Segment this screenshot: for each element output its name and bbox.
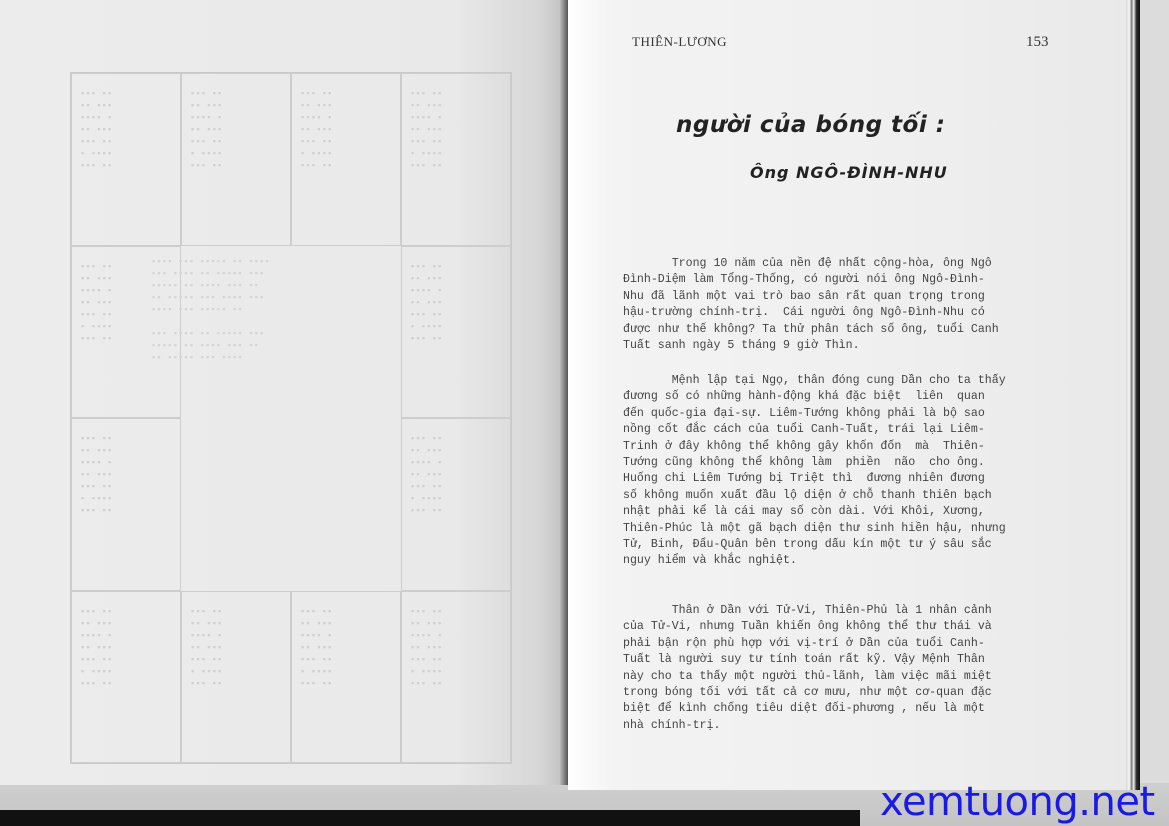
text-line: nguy hiểm và khắc nghiệt. xyxy=(623,553,1055,569)
text-line: hậu-trường chính-trị. Cái người ông Ngô-… xyxy=(623,305,1055,321)
text-line: đương số có những hành-động khá đặc biệt… xyxy=(623,389,1055,405)
chart-cell: ▪▪▪ ▪▪ ▪▪ ▪▪▪ ▪▪▪▪ ▪ ▪▪ ▪▪▪ ▪▪▪ ▪▪ ▪ ▪▪▪… xyxy=(71,73,181,246)
faint-chart-text: ▪▪▪ ▪▪ ▪▪ ▪▪▪ ▪▪▪▪ ▪ ▪▪ ▪▪▪ ▪▪▪ ▪▪ ▪ ▪▪▪… xyxy=(190,88,284,237)
page-number: 153 xyxy=(1026,34,1049,51)
watermark: xemtuong.net xyxy=(880,778,1155,826)
faint-chart-text: ▪▪▪ ▪▪ ▪▪ ▪▪▪ ▪▪▪▪ ▪ ▪▪ ▪▪▪ ▪▪▪ ▪▪ ▪ ▪▪▪… xyxy=(300,606,394,755)
text-line: phải bận rộn phù hợp với vị-trí ở Dần củ… xyxy=(623,636,1055,652)
chapter-title: người của bóng tối : xyxy=(676,112,945,138)
text-line: Trinh ở đây không thể không gây khốn đốn… xyxy=(623,439,1055,455)
chart-cell: ▪▪▪ ▪▪ ▪▪ ▪▪▪ ▪▪▪▪ ▪ ▪▪ ▪▪▪ ▪▪▪ ▪▪ ▪ ▪▪▪… xyxy=(181,591,291,764)
faint-chart-text: ▪▪▪ ▪▪ ▪▪ ▪▪▪ ▪▪▪▪ ▪ ▪▪ ▪▪▪ ▪▪▪ ▪▪ ▪ ▪▪▪… xyxy=(80,88,174,237)
text-line: được như thế không? Ta thử phân tách số … xyxy=(623,322,1055,338)
faint-chart-text: ▪▪▪ ▪▪ ▪▪ ▪▪▪ ▪▪▪▪ ▪ ▪▪ ▪▪▪ ▪▪▪ ▪▪ ▪ ▪▪▪… xyxy=(410,606,504,755)
text-line: nhà chính-trị. xyxy=(623,718,1055,734)
text-line: Đình-Diệm làm Tổng-Thống, có người nói ô… xyxy=(623,272,1055,288)
paragraph-2: Mệnh lập tại Ngọ, thân đóng cung Dần cho… xyxy=(623,373,1055,570)
text-line: Huống chi Liêm Tướng bị Triệt thì đương … xyxy=(623,471,1055,487)
faint-center-text: ▪▪▪▪ ▪▪▪ ▪▪▪▪▪ ▪▪ ▪▪▪▪ ▪▪▪ ▪▪▪▪ ▪▪ ▪▪▪▪▪… xyxy=(151,256,431,581)
paragraph-3: Thân ở Dần với Tử-Vi, Thiên-Phủ là 1 nhâ… xyxy=(623,603,1055,734)
text-line: biệt để kình chống tiêu diệt đối-phương … xyxy=(623,701,1055,717)
text-line: Thân ở Dần với Tử-Vi, Thiên-Phủ là 1 nhâ… xyxy=(623,603,1055,619)
chart-cell: ▪▪▪ ▪▪ ▪▪ ▪▪▪ ▪▪▪▪ ▪ ▪▪ ▪▪▪ ▪▪▪ ▪▪ ▪ ▪▪▪… xyxy=(71,591,181,764)
text-line: Mệnh lập tại Ngọ, thân đóng cung Dần cho… xyxy=(623,373,1055,389)
faint-chart-text: ▪▪▪ ▪▪ ▪▪ ▪▪▪ ▪▪▪▪ ▪ ▪▪ ▪▪▪ ▪▪▪ ▪▪ ▪ ▪▪▪… xyxy=(80,606,174,755)
text-line: Tuất sanh ngày 5 tháng 9 giờ Thìn. xyxy=(623,338,1055,354)
text-line: nồng cốt đắc cách của tuổi Canh-Tuất, tr… xyxy=(623,422,1055,438)
horoscope-chart-bleed-through: ▪▪▪ ▪▪ ▪▪ ▪▪▪ ▪▪▪▪ ▪ ▪▪ ▪▪▪ ▪▪▪ ▪▪ ▪ ▪▪▪… xyxy=(70,72,512,764)
text-line: Trong 10 năm của nền đệ nhất cộng-hòa, ô… xyxy=(623,256,1055,272)
chart-cell: ▪▪▪ ▪▪ ▪▪ ▪▪▪ ▪▪▪▪ ▪ ▪▪ ▪▪▪ ▪▪▪ ▪▪ ▪ ▪▪▪… xyxy=(291,591,401,764)
chart-cell: ▪▪▪ ▪▪ ▪▪ ▪▪▪ ▪▪▪▪ ▪ ▪▪ ▪▪▪ ▪▪▪ ▪▪ ▪ ▪▪▪… xyxy=(291,73,401,246)
chapter-subtitle: Ông NGÔ-ĐÌNH-NHU xyxy=(750,163,948,182)
faint-chart-text: ▪▪▪ ▪▪ ▪▪ ▪▪▪ ▪▪▪▪ ▪ ▪▪ ▪▪▪ ▪▪▪ ▪▪ ▪ ▪▪▪… xyxy=(410,88,504,237)
left-page: ▪▪▪ ▪▪ ▪▪ ▪▪▪ ▪▪▪▪ ▪ ▪▪ ▪▪▪ ▪▪▪ ▪▪ ▪ ▪▪▪… xyxy=(0,0,568,785)
text-line: Tử, Binh, Đẩu-Quân bên trong dấu kín một… xyxy=(623,537,1055,553)
text-line: nhật phải kể là cái may số còn dài. Với … xyxy=(623,504,1055,520)
running-head: THIÊN-LƯƠNG xyxy=(632,34,727,50)
text-line: đến quốc-gia đại-sự. Liêm-Tướng không ph… xyxy=(623,406,1055,422)
text-line: số không muốn xuất đầu lộ diện ở chỗ tha… xyxy=(623,488,1055,504)
faint-chart-text: ▪▪▪ ▪▪ ▪▪ ▪▪▪ ▪▪▪▪ ▪ ▪▪ ▪▪▪ ▪▪▪ ▪▪ ▪ ▪▪▪… xyxy=(190,606,284,755)
chart-cell: ▪▪▪ ▪▪ ▪▪ ▪▪▪ ▪▪▪▪ ▪ ▪▪ ▪▪▪ ▪▪▪ ▪▪ ▪ ▪▪▪… xyxy=(401,73,511,246)
paragraph-1: Trong 10 năm của nền đệ nhất cộng-hòa, ô… xyxy=(623,256,1055,354)
chart-cell: ▪▪▪ ▪▪ ▪▪ ▪▪▪ ▪▪▪▪ ▪ ▪▪ ▪▪▪ ▪▪▪ ▪▪ ▪ ▪▪▪… xyxy=(401,591,511,764)
text-line: Nhu đã lãnh một vai trò bao sân rất quan… xyxy=(623,289,1055,305)
text-line: Tuất là người suy tư tính toán rất kỹ. V… xyxy=(623,652,1055,668)
text-line: Tướng cũng không thể không làm phiền não… xyxy=(623,455,1055,471)
scanner-edge xyxy=(0,810,860,826)
book-scan: ▪▪▪ ▪▪ ▪▪ ▪▪▪ ▪▪▪▪ ▪ ▪▪ ▪▪▪ ▪▪▪ ▪▪ ▪ ▪▪▪… xyxy=(0,0,1169,826)
chart-cell: ▪▪▪ ▪▪ ▪▪ ▪▪▪ ▪▪▪▪ ▪ ▪▪ ▪▪▪ ▪▪▪ ▪▪ ▪ ▪▪▪… xyxy=(181,73,291,246)
text-line: Thiên-Phúc là một gã bạch diện thư sinh … xyxy=(623,521,1055,537)
page-edge xyxy=(1126,0,1140,790)
text-line: này cho ta thấy một người thủ-lãnh, làm … xyxy=(623,669,1055,685)
faint-chart-text: ▪▪▪ ▪▪ ▪▪ ▪▪▪ ▪▪▪▪ ▪ ▪▪ ▪▪▪ ▪▪▪ ▪▪ ▪ ▪▪▪… xyxy=(300,88,394,237)
text-line: trong bóng tối với tất cả cơ mưu, như mộ… xyxy=(623,685,1055,701)
text-line: của Tử-Vi, nhưng Tuần khiến ông không th… xyxy=(623,619,1055,635)
